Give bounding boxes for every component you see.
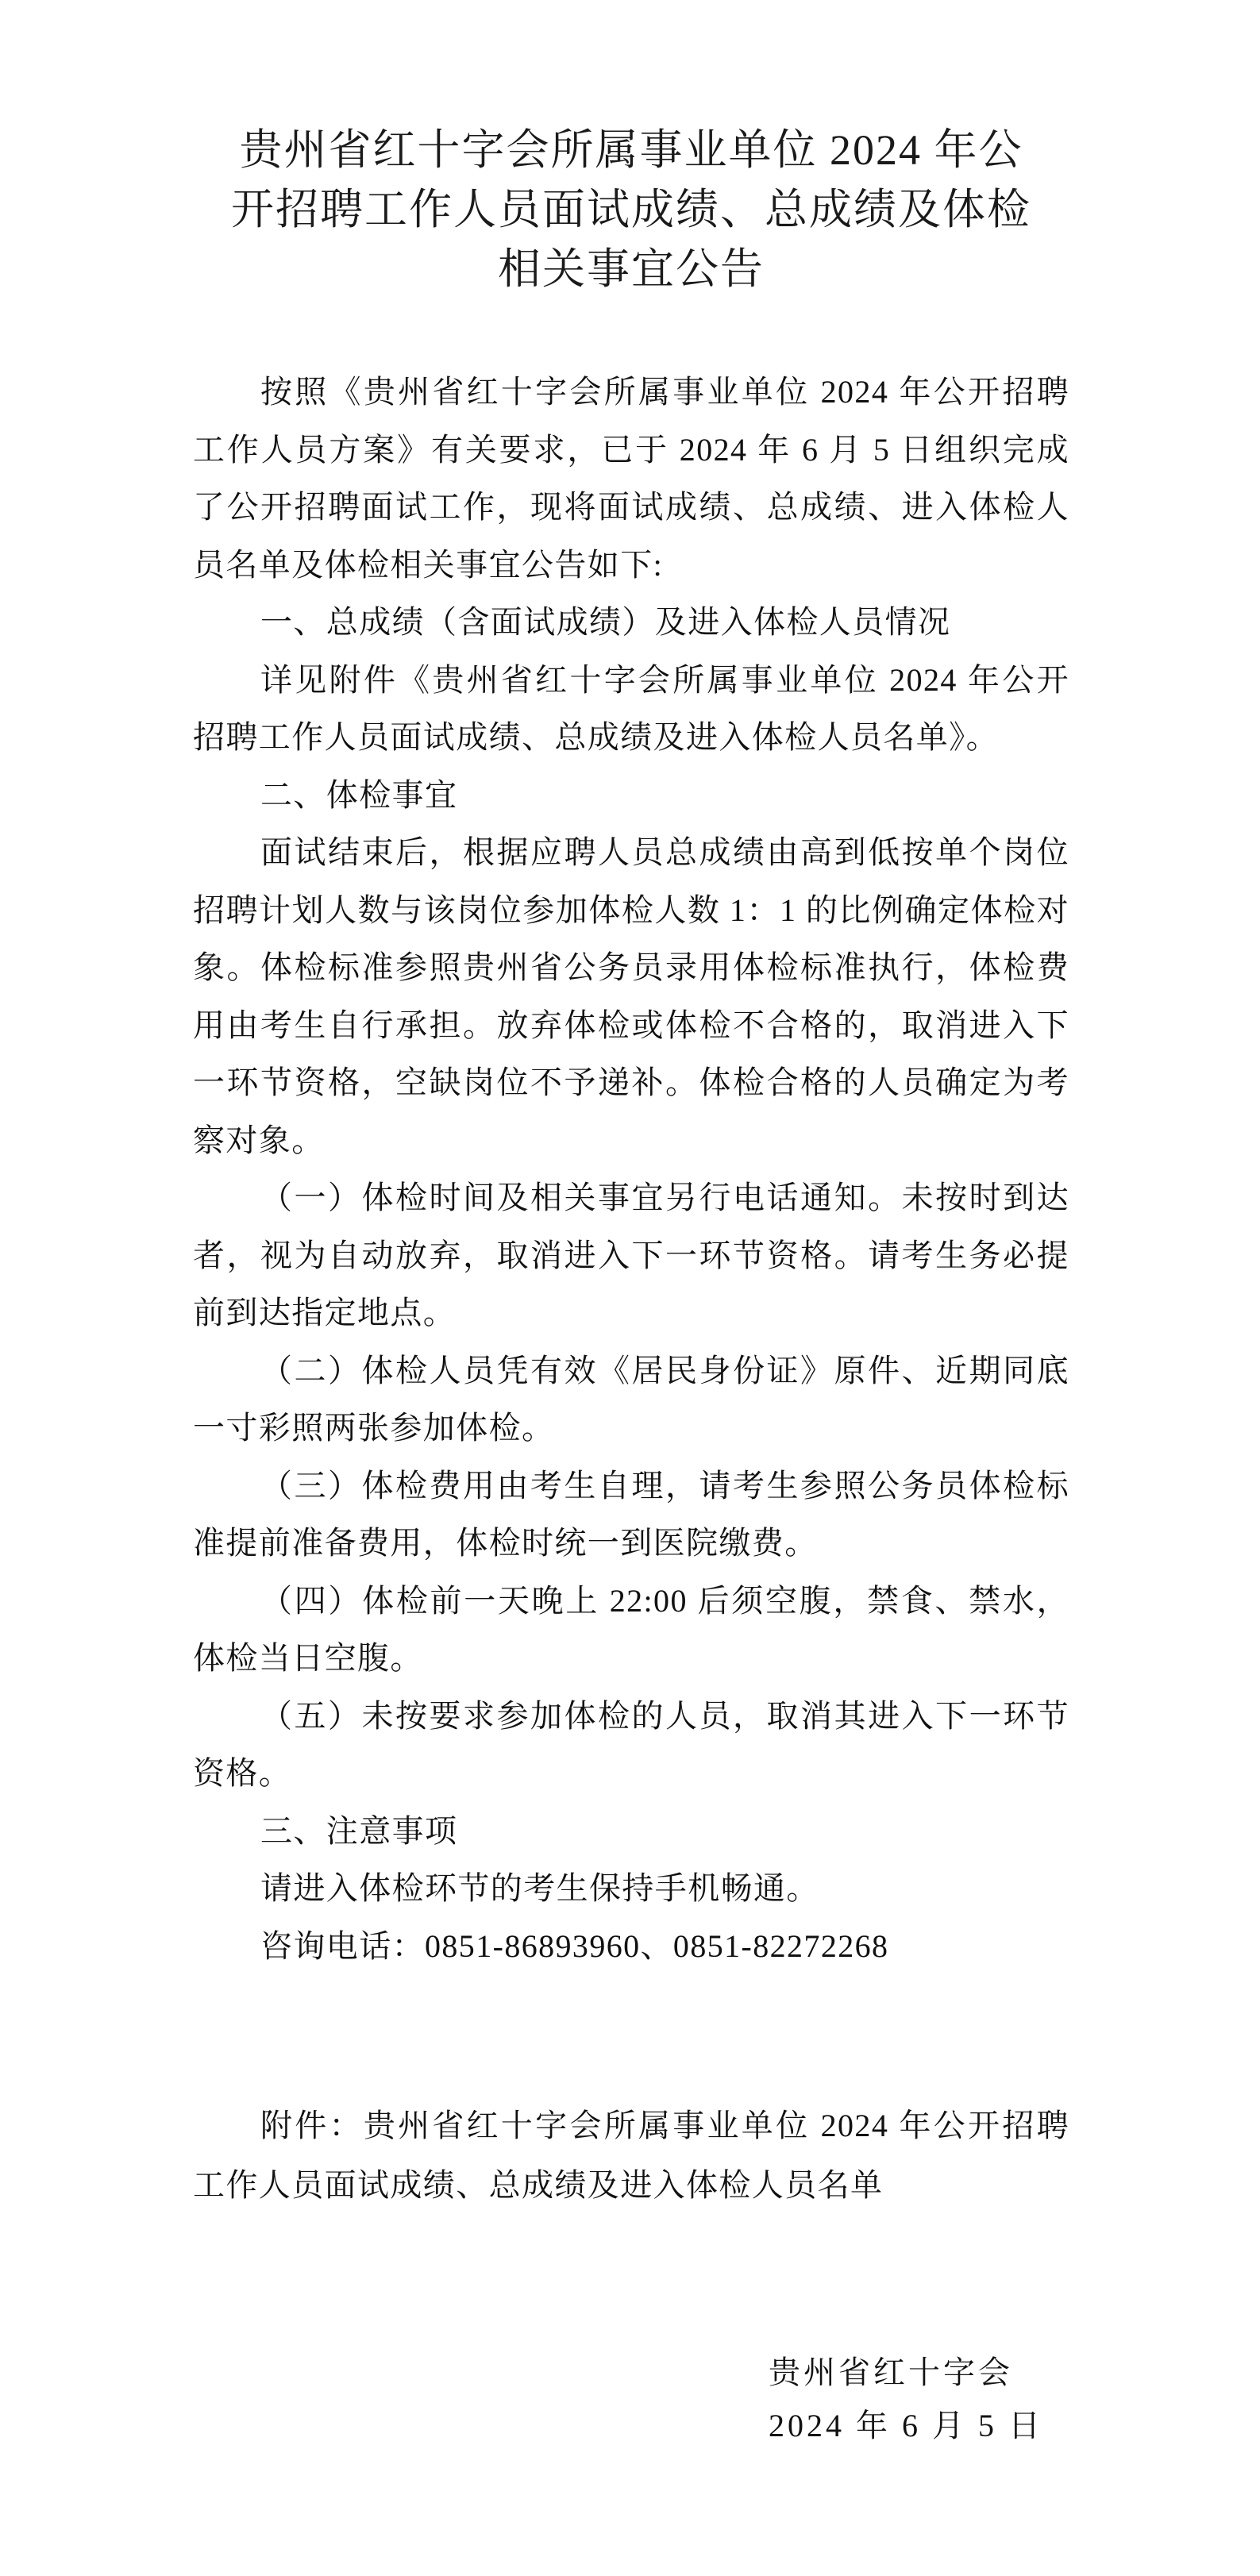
section-2-item-5: （五）未按要求参加体检的人员，取消其进入下一环节资格。 [193,1688,1069,1803]
section-heading-3: 三、注意事项 [193,1803,1069,1861]
intro-paragraph: 按照《贵州省红十字会所属事业单位 2024 年公开招聘工作人员方案》有关要求，已… [193,364,1069,594]
signature-block: 贵州省红十字会 2024 年 6 月 5 日 [769,2346,1043,2452]
section-2-item-1: （一）体检时间及相关事宜另行电话通知。未按时到达者，视为自动放弃，取消进入下一环… [193,1169,1069,1342]
signature-date: 2024 年 6 月 5 日 [769,2399,1043,2452]
document-body: 按照《贵州省红十字会所属事业单位 2024 年公开招聘工作人员方案》有关要求，已… [193,364,1069,1975]
section-2-item-4: （四）体检前一天晚上 22:00 后须空腹，禁食、禁水，体检当日空腹。 [193,1573,1069,1688]
title-line-1: 贵州省红十字会所属事业单位 2024 年公 [193,121,1069,180]
section-2-item-3: （三）体检费用由考生自理，请考生参照公务员体检标准提前准备费用，体检时统一到医院… [193,1457,1069,1573]
section-3-paragraph: 请进入体检环节的考生保持手机畅通。 [193,1860,1069,1918]
contact-phone: 咨询电话：0851-86893960、0851-82272268 [193,1918,1069,1976]
attachment-text: 附件：贵州省红十字会所属事业单位 2024 年公开招聘工作人员面试成绩、总成绩及… [193,2096,1069,2215]
document-title: 贵州省红十字会所属事业单位 2024 年公 开招聘工作人员面试成绩、总成绩及体检… [193,121,1069,299]
title-line-3: 相关事宜公告 [193,240,1069,299]
section-heading-2: 二、体检事宜 [193,767,1069,825]
title-line-2: 开招聘工作人员面试成绩、总成绩及体检 [193,180,1069,240]
section-1-paragraph: 详见附件《贵州省红十字会所属事业单位 2024 年公开招聘工作人员面试成绩、总成… [193,652,1069,767]
section-2-paragraph: 面试结束后，根据应聘人员总成绩由高到低按单个岗位招聘计划人数与该岗位参加体检人数… [193,824,1069,1169]
signature-organization: 贵州省红十字会 [769,2346,1043,2399]
attachment-note: 附件：贵州省红十字会所属事业单位 2024 年公开招聘工作人员面试成绩、总成绩及… [193,2096,1069,2215]
section-heading-1: 一、总成绩（含面试成绩）及进入体检人员情况 [193,594,1069,652]
section-2-item-2: （二）体检人员凭有效《居民身份证》原件、近期同底一寸彩照两张参加体检。 [193,1342,1069,1457]
